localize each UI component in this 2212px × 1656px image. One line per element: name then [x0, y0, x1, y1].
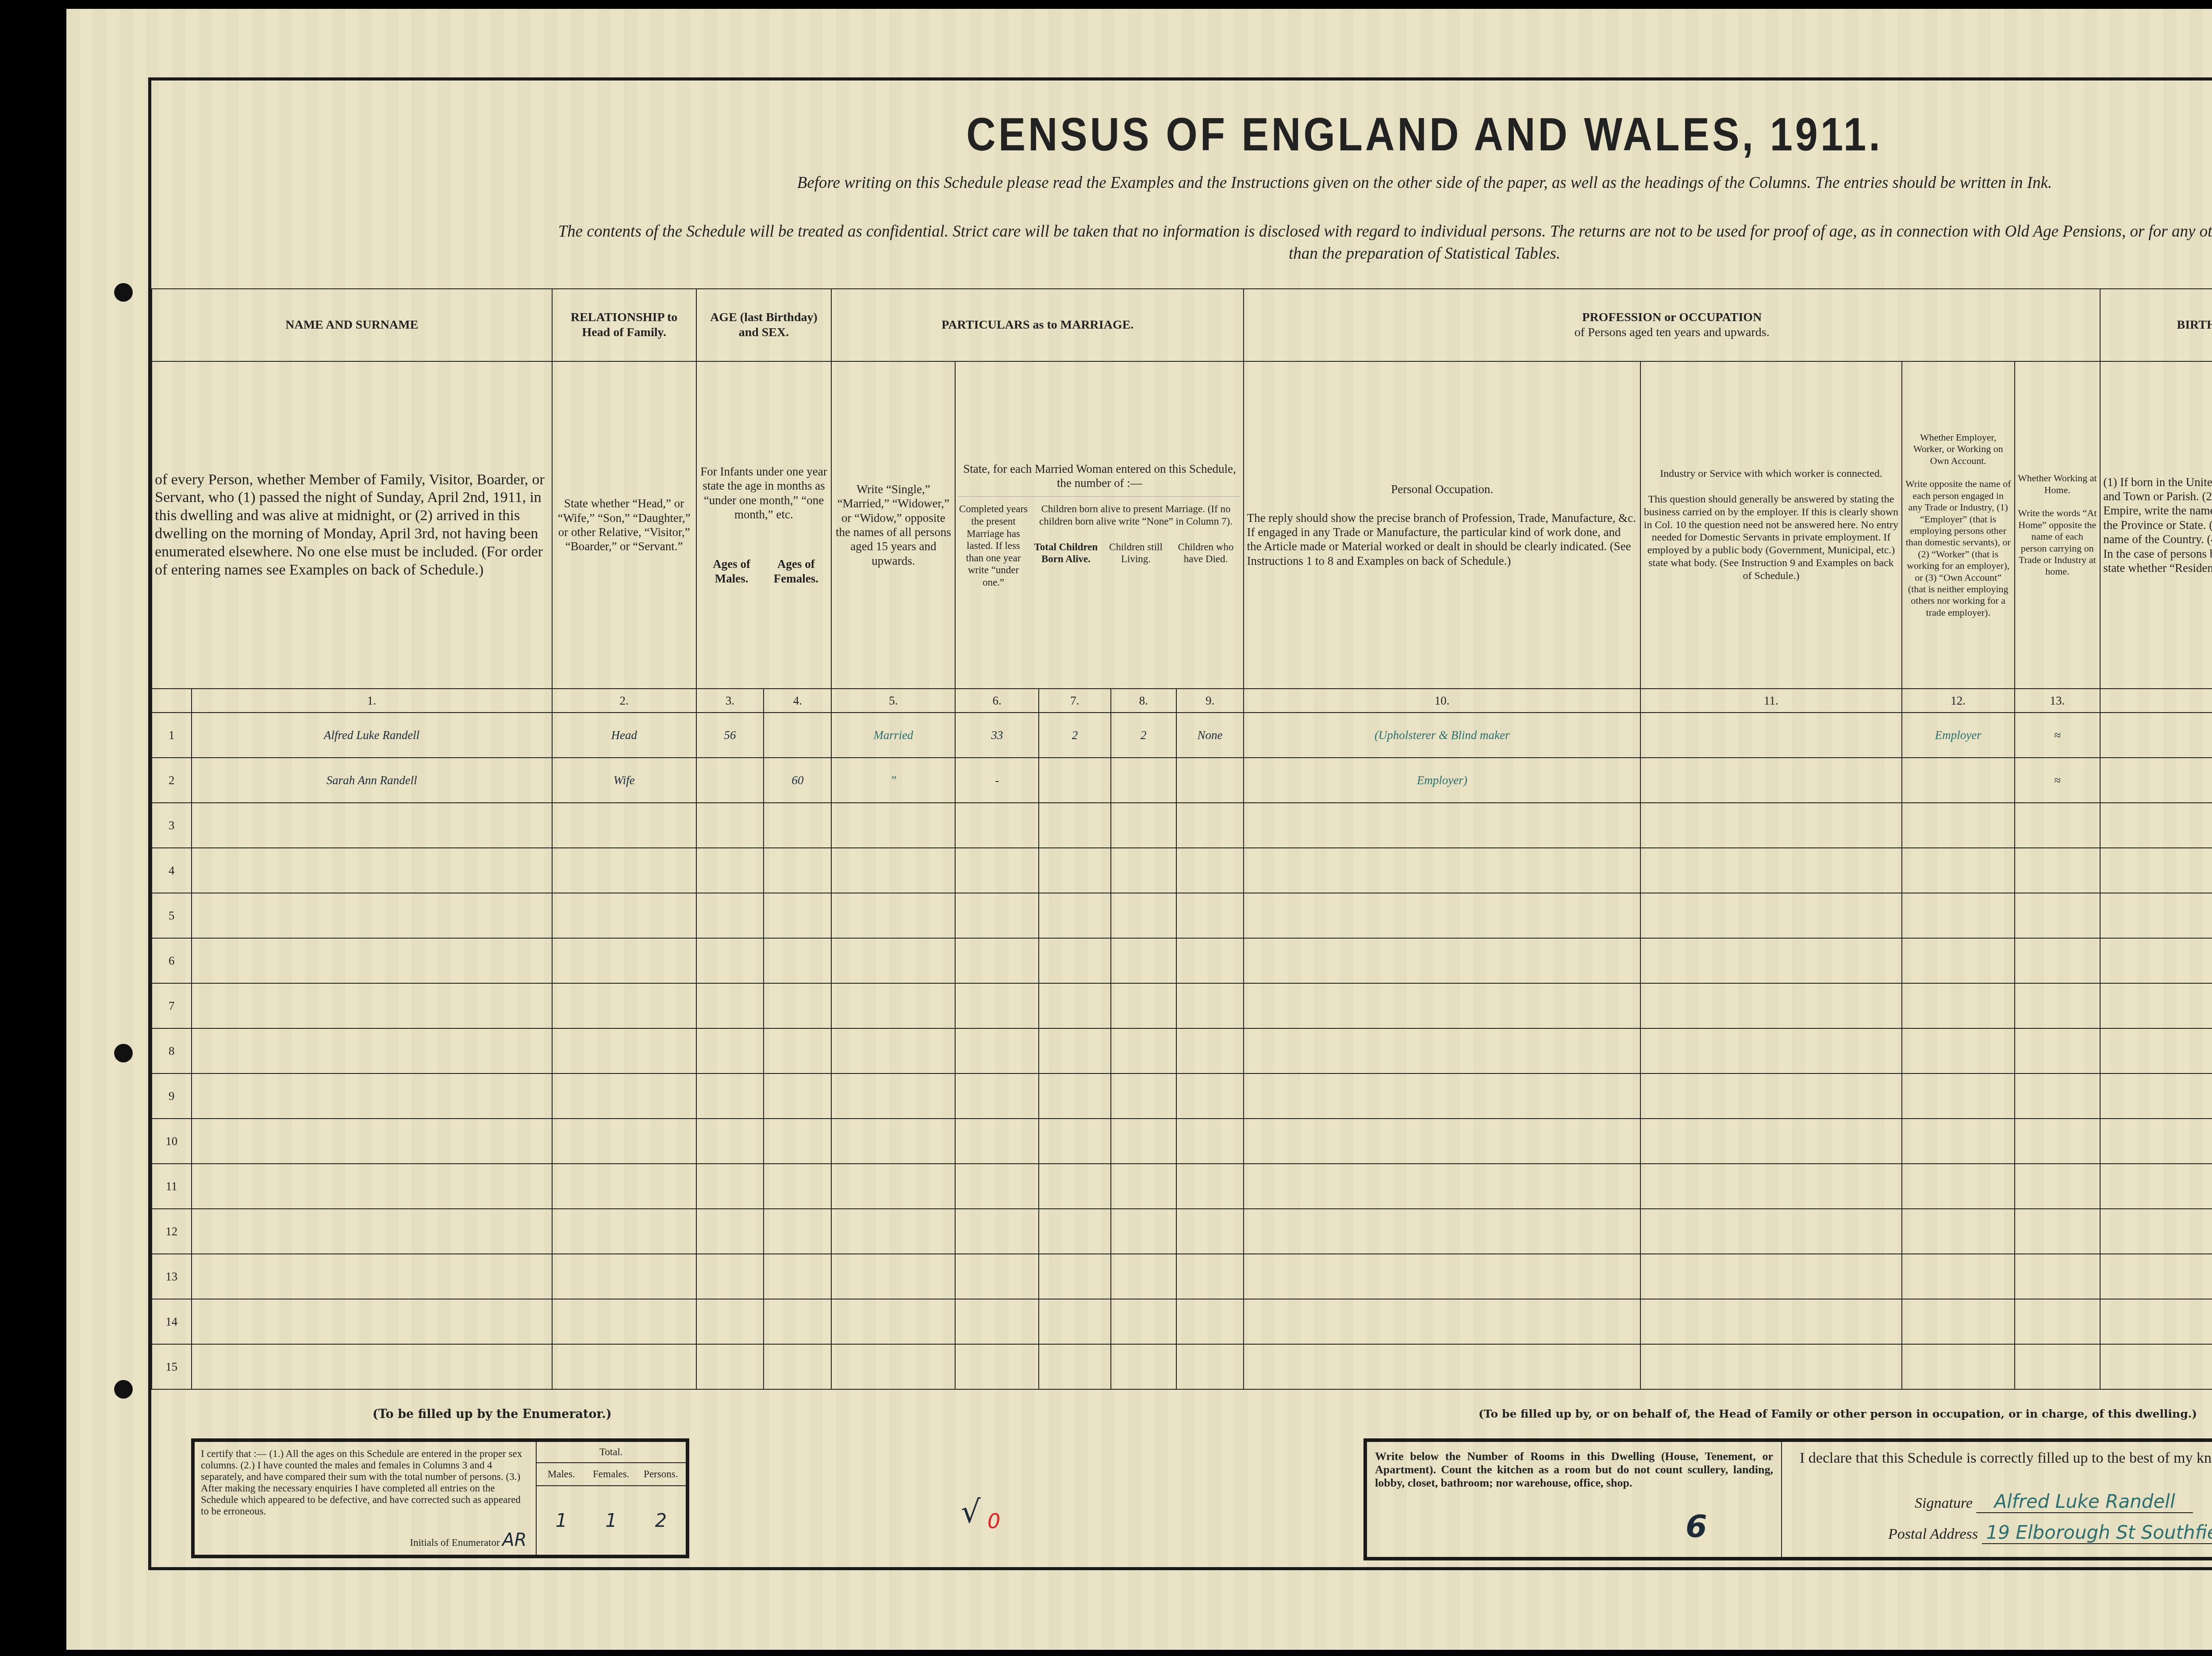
cell-industry [1640, 1164, 1902, 1209]
cell-industry [1640, 1119, 1902, 1164]
signature: Alfred Luke Randell [1976, 1491, 2193, 1513]
cell-industry [1640, 758, 1902, 803]
header-occupation: PROFESSION or OCCUPATIONof Persons aged … [1244, 289, 2100, 361]
cell-employer [1902, 1254, 2015, 1299]
total-females: 1 [586, 1510, 636, 1531]
cell-died [1176, 803, 1244, 848]
cell-female-age [764, 1299, 831, 1344]
cell-died [1176, 1254, 1244, 1299]
enumerator-certification-box: I certify that :— (1.) All the ages on t… [191, 1438, 689, 1558]
total-males: 1 [537, 1510, 587, 1531]
cell-male-age [696, 938, 764, 983]
row-number: 2 [152, 758, 192, 803]
cell-occupation: Employer) [1244, 758, 1640, 803]
cell-died [1176, 1344, 1244, 1389]
instruction-line-1: Before writing on this Schedule please r… [151, 173, 2212, 192]
cell-employer [1902, 1119, 2015, 1164]
table-row: 12 [152, 1209, 2212, 1254]
desc-age: For Infants under one year state the age… [696, 361, 832, 689]
cell-male-age [696, 1028, 764, 1073]
cell-rel [552, 848, 696, 893]
cell-industry [1640, 938, 1902, 983]
cell-employer [1902, 938, 2015, 983]
cell-home [2015, 848, 2101, 893]
table-row: 3 [152, 803, 2212, 848]
cell-industry [1640, 1209, 1902, 1254]
table-row: 5 [152, 893, 2212, 938]
cell-industry [1640, 1028, 1902, 1073]
cell-born [1039, 1299, 1111, 1344]
cell-born [1039, 803, 1111, 848]
row-number: 12 [152, 1209, 192, 1254]
cell-marital [831, 848, 955, 893]
cell-living [1111, 938, 1176, 983]
cell-born [1039, 983, 1111, 1028]
cell-home [2015, 803, 2101, 848]
cell-marital: ” [831, 758, 955, 803]
cell-male-age [696, 1254, 764, 1299]
cell-male-age [696, 983, 764, 1028]
rooms-count: 6 [1686, 1508, 1707, 1545]
cell-industry [1640, 983, 1902, 1028]
cell-rel [552, 1164, 696, 1209]
instruction-line-2: The contents of the Schedule will be tre… [151, 222, 2212, 241]
cell-birthplace [2100, 938, 2212, 983]
cell-male-age [696, 803, 764, 848]
cell-occupation [1244, 803, 1640, 848]
cell-born [1039, 758, 1111, 803]
cell-home [2015, 938, 2101, 983]
cell-rel [552, 1209, 696, 1254]
desc-personal-occupation: Personal Occupation.The reply should sho… [1244, 361, 1640, 689]
certify-text: I certify that :— (1.) All the ages on t… [201, 1448, 530, 1517]
cell-industry [1640, 1254, 1902, 1299]
header-age: AGE (last Birthday) and SEX. [696, 289, 832, 361]
cell-name [192, 848, 552, 893]
desc-birthplace: (1) If born in the United Kingdom, write… [2100, 361, 2212, 689]
cell-occupation [1244, 1028, 1640, 1073]
total-persons: 2 [636, 1510, 686, 1531]
table-row: 2Sarah Ann RandellWife60”-Employer)≈Pain… [152, 758, 2212, 803]
cell-female-age [764, 893, 831, 938]
cell-rel [552, 893, 696, 938]
cell-male-age [696, 1299, 764, 1344]
cell-marital [831, 1164, 955, 1209]
cell-employer [1902, 1299, 2015, 1344]
cell-birthplace: Cirencester Glos. [2100, 713, 2212, 758]
cell-male-age: 56 [696, 713, 764, 758]
cell-name [192, 1028, 552, 1073]
cell-name [192, 1344, 552, 1389]
cell-male-age [696, 893, 764, 938]
cell-birthplace [2100, 1299, 2212, 1344]
cell-years [955, 1344, 1038, 1389]
footer-section: (To be filled up by the Enumerator.) I c… [151, 1396, 2212, 1573]
cell-born [1039, 1344, 1111, 1389]
cell-living: 2 [1111, 713, 1176, 758]
cell-rel [552, 803, 696, 848]
cell-employer [1902, 1073, 2015, 1119]
cell-male-age [696, 1119, 764, 1164]
cell-industry [1640, 848, 1902, 893]
cell-years [955, 1209, 1038, 1254]
cell-name [192, 938, 552, 983]
cell-male-age [696, 1073, 764, 1119]
cell-male-age [696, 1209, 764, 1254]
cell-living [1111, 1119, 1176, 1164]
cell-employer [1902, 983, 2015, 1028]
cell-birthplace [2100, 893, 2212, 938]
cell-marital [831, 1299, 955, 1344]
column-numbers-row: 1.2.3.4. 5.6.7.8.9. 10.11.12.13. 14.15.1… [152, 689, 2212, 713]
cell-name [192, 1299, 552, 1344]
table-row: 4 [152, 848, 2212, 893]
table-row: 6 [152, 938, 2212, 983]
cell-female-age [764, 1028, 831, 1073]
instruction-line-3: than the preparation of Statistical Tabl… [151, 244, 2212, 263]
header-relationship: RELATIONSHIP to Head of Family. [552, 289, 696, 361]
cell-occupation [1244, 983, 1640, 1028]
cell-born [1039, 1119, 1111, 1164]
cell-female-age [764, 1344, 831, 1389]
cell-female-age [764, 938, 831, 983]
cell-female-age [764, 1119, 831, 1164]
cell-years [955, 1073, 1038, 1119]
cell-occupation [1244, 1073, 1640, 1119]
cell-home [2015, 1028, 2101, 1073]
cell-home [2015, 893, 2101, 938]
cell-died [1176, 1164, 1244, 1209]
cell-female-age [764, 983, 831, 1028]
cell-occupation [1244, 848, 1640, 893]
cell-died [1176, 1073, 1244, 1119]
cell-employer [1902, 1164, 2015, 1209]
cell-name [192, 803, 552, 848]
cell-birthplace [2100, 848, 2212, 893]
cell-born [1039, 938, 1111, 983]
cell-birthplace [2100, 1028, 2212, 1073]
table-row: 7 [152, 983, 2212, 1028]
cell-female-age [764, 1073, 831, 1119]
occupier-declaration-box: Write below the Number of Rooms in this … [1363, 1438, 2212, 1560]
cell-rel [552, 1073, 696, 1119]
cell-born [1039, 1073, 1111, 1119]
cell-occupation [1244, 893, 1640, 938]
cell-occupation [1244, 1299, 1640, 1344]
cell-occupation: (Upholsterer & Blind maker [1244, 713, 1640, 758]
cell-living [1111, 983, 1176, 1028]
cell-living [1111, 803, 1176, 848]
table-row: 14 [152, 1299, 2212, 1344]
cell-years [955, 1119, 1038, 1164]
cell-marital [831, 803, 955, 848]
cell-employer [1902, 1209, 2015, 1254]
cell-name: Sarah Ann Randell [192, 758, 552, 803]
cell-home [2015, 1073, 2101, 1119]
punch-hole [114, 1380, 133, 1399]
cell-birthplace [2100, 1073, 2212, 1119]
cell-home [2015, 983, 2101, 1028]
cell-female-age [764, 1254, 831, 1299]
cell-born [1039, 1209, 1111, 1254]
row-number: 1 [152, 713, 192, 758]
cell-birthplace [2100, 1119, 2212, 1164]
cell-name [192, 893, 552, 938]
cell-died [1176, 1028, 1244, 1073]
cell-name [192, 983, 552, 1028]
cell-living [1111, 1254, 1176, 1299]
cell-years [955, 1028, 1038, 1073]
cell-occupation [1244, 1164, 1640, 1209]
cell-name [192, 1254, 552, 1299]
cell-rel [552, 938, 696, 983]
cell-industry [1640, 713, 1902, 758]
person-rows: 1Alfred Luke RandellHead56Married3322Non… [152, 713, 2212, 1389]
cell-living [1111, 1209, 1176, 1254]
cell-employer [1902, 1344, 2015, 1389]
row-number: 10 [152, 1119, 192, 1164]
cell-occupation [1244, 1119, 1640, 1164]
cell-living [1111, 893, 1176, 938]
cell-years [955, 1254, 1038, 1299]
cell-birthplace: Painswick ” [2100, 758, 2212, 803]
cell-birthplace [2100, 983, 2212, 1028]
declaration-text: I declare that this Schedule is correctl… [1800, 1450, 2212, 1467]
cell-birthplace [2100, 1254, 2212, 1299]
table-row: 11 [152, 1164, 2212, 1209]
cell-died [1176, 983, 1244, 1028]
cell-birthplace [2100, 1209, 2212, 1254]
cell-years [955, 1299, 1038, 1344]
cell-died: None [1176, 713, 1244, 758]
cell-female-age: 60 [764, 758, 831, 803]
schedule-frame: CENSUS OF ENGLAND AND WALES, 1911. Befor… [148, 77, 2212, 1570]
cell-years [955, 803, 1038, 848]
table-row: 8 [152, 1028, 2212, 1073]
cell-occupation [1244, 1344, 1640, 1389]
desc-marital: Write “Single,” “Married,” “Widower,” or… [831, 361, 955, 689]
cell-died [1176, 893, 1244, 938]
desc-relationship: State whether “Head,” or “Wife,” “Son,” … [552, 361, 696, 689]
cell-died [1176, 938, 1244, 983]
red-verification-mark: 0 [987, 1509, 1000, 1533]
cell-marital [831, 938, 955, 983]
table-row: 9 [152, 1073, 2212, 1119]
cell-female-age [764, 1164, 831, 1209]
cell-rel: Wife [552, 758, 696, 803]
header-marriage: PARTICULARS as to MARRIAGE. [831, 289, 1244, 361]
cell-male-age [696, 1344, 764, 1389]
cell-industry [1640, 893, 1902, 938]
cell-rel [552, 1119, 696, 1164]
cell-rel [552, 983, 696, 1028]
cell-died [1176, 1299, 1244, 1344]
cell-living [1111, 1164, 1176, 1209]
cell-died [1176, 848, 1244, 893]
cell-male-age [696, 848, 764, 893]
occupier-heading: (To be filled up by, or on behalf of, th… [1479, 1407, 2197, 1420]
cell-female-age [764, 713, 831, 758]
cell-living [1111, 1344, 1176, 1389]
cell-years [955, 1164, 1038, 1209]
cell-industry [1640, 1344, 1902, 1389]
cell-female-age [764, 1209, 831, 1254]
cell-marital: Married [831, 713, 955, 758]
cell-marital [831, 1209, 955, 1254]
row-number: 14 [152, 1299, 192, 1344]
cell-birthplace [2100, 803, 2212, 848]
desc-industry: Industry or Service with which worker is… [1640, 361, 1902, 689]
row-number: 7 [152, 983, 192, 1028]
cell-birthplace [2100, 1344, 2212, 1389]
cell-name [192, 1209, 552, 1254]
cell-employer [1902, 803, 2015, 848]
cell-female-age [764, 848, 831, 893]
header-birthplace: BIRTHPLACE of every person. [2100, 289, 2212, 361]
cell-home: ≈ [2015, 758, 2101, 803]
document-title: CENSUS OF ENGLAND AND WALES, 1911. [151, 108, 2212, 161]
cell-living [1111, 1028, 1176, 1073]
row-number: 4 [152, 848, 192, 893]
cell-name [192, 1164, 552, 1209]
punch-hole [114, 1044, 133, 1062]
enumerator-initials: AR [502, 1530, 526, 1550]
cell-birthplace [2100, 1164, 2212, 1209]
cell-employer [1902, 1028, 2015, 1073]
table-row: 13 [152, 1254, 2212, 1299]
cell-living [1111, 1299, 1176, 1344]
cell-born [1039, 893, 1111, 938]
cell-name: Alfred Luke Randell [192, 713, 552, 758]
cell-industry [1640, 1299, 1902, 1344]
desc-employer: Whether Employer, Worker, or Working on … [1902, 361, 2015, 689]
desc-at-home: Whether Working at Home.Write the words … [2015, 361, 2101, 689]
cell-marital [831, 893, 955, 938]
initials-label: Initials of Enumerator [410, 1537, 499, 1548]
census-table: NAME AND SURNAME RELATIONSHIP to Head of… [151, 288, 2212, 1390]
cell-living [1111, 758, 1176, 803]
cell-home [2015, 1344, 2101, 1389]
cell-died [1176, 1209, 1244, 1254]
cell-employer [1902, 848, 2015, 893]
cell-years [955, 938, 1038, 983]
cell-occupation [1244, 938, 1640, 983]
row-number: 8 [152, 1028, 192, 1073]
cell-living [1111, 848, 1176, 893]
cell-rel [552, 1344, 696, 1389]
cell-born [1039, 1254, 1111, 1299]
desc-name: of every Person, whether Member of Famil… [152, 361, 552, 689]
cell-home: ≈ [2015, 713, 2101, 758]
cell-rel [552, 1254, 696, 1299]
rooms-instruction: Write below the Number of Rooms in this … [1375, 1450, 1773, 1490]
row-number: 15 [152, 1344, 192, 1389]
cell-years [955, 983, 1038, 1028]
cell-living [1111, 1073, 1176, 1119]
cell-name [192, 1119, 552, 1164]
cell-occupation [1244, 1254, 1640, 1299]
cell-years [955, 848, 1038, 893]
cell-employer: Employer [1902, 713, 2015, 758]
cell-home [2015, 1119, 2101, 1164]
cell-born [1039, 1028, 1111, 1073]
cell-male-age [696, 1164, 764, 1209]
cell-marital [831, 1028, 955, 1073]
row-number: 9 [152, 1073, 192, 1119]
row-number: 3 [152, 803, 192, 848]
row-number: 5 [152, 893, 192, 938]
row-number: 6 [152, 938, 192, 983]
table-row: 1Alfred Luke RandellHead56Married3322Non… [152, 713, 2212, 758]
cell-marital [831, 1073, 955, 1119]
enumerator-heading: (To be filled up by the Enumerator.) [373, 1407, 612, 1421]
check-mark-icon: √ [961, 1494, 981, 1530]
cell-years: 33 [955, 713, 1038, 758]
cell-died [1176, 1119, 1244, 1164]
cell-years: - [955, 758, 1038, 803]
cell-marital [831, 1119, 955, 1164]
row-number: 13 [152, 1254, 192, 1299]
cell-occupation [1244, 1209, 1640, 1254]
table-row: 15 [152, 1344, 2212, 1389]
punch-hole [114, 283, 133, 302]
row-number: 11 [152, 1164, 192, 1209]
postal-address: 19 Elborough St Southfields SW [1982, 1522, 2212, 1544]
cell-name [192, 1073, 552, 1119]
cell-marital [831, 983, 955, 1028]
header-name: NAME AND SURNAME [152, 289, 552, 361]
cell-born [1039, 1164, 1111, 1209]
signature-label: Signature [1915, 1495, 1973, 1511]
cell-died [1176, 758, 1244, 803]
cell-born: 2 [1039, 713, 1111, 758]
cell-home [2015, 1209, 2101, 1254]
cell-industry [1640, 1073, 1902, 1119]
cell-years [955, 893, 1038, 938]
cell-female-age [764, 803, 831, 848]
cell-employer [1902, 893, 2015, 938]
cell-marital [831, 1344, 955, 1389]
cell-home [2015, 1164, 2101, 1209]
address-label: Postal Address [1888, 1526, 1978, 1542]
table-row: 10 [152, 1119, 2212, 1164]
cell-born [1039, 848, 1111, 893]
cell-industry [1640, 803, 1902, 848]
cell-home [2015, 1254, 2101, 1299]
cell-home [2015, 1299, 2101, 1344]
total-label: Total. [537, 1442, 686, 1463]
cell-marital [831, 1254, 955, 1299]
cell-male-age [696, 758, 764, 803]
cell-rel: Head [552, 713, 696, 758]
desc-married-woman: State, for each Married Woman entered on… [955, 361, 1244, 689]
cell-rel [552, 1028, 696, 1073]
cell-employer [1902, 758, 2015, 803]
cell-rel [552, 1299, 696, 1344]
